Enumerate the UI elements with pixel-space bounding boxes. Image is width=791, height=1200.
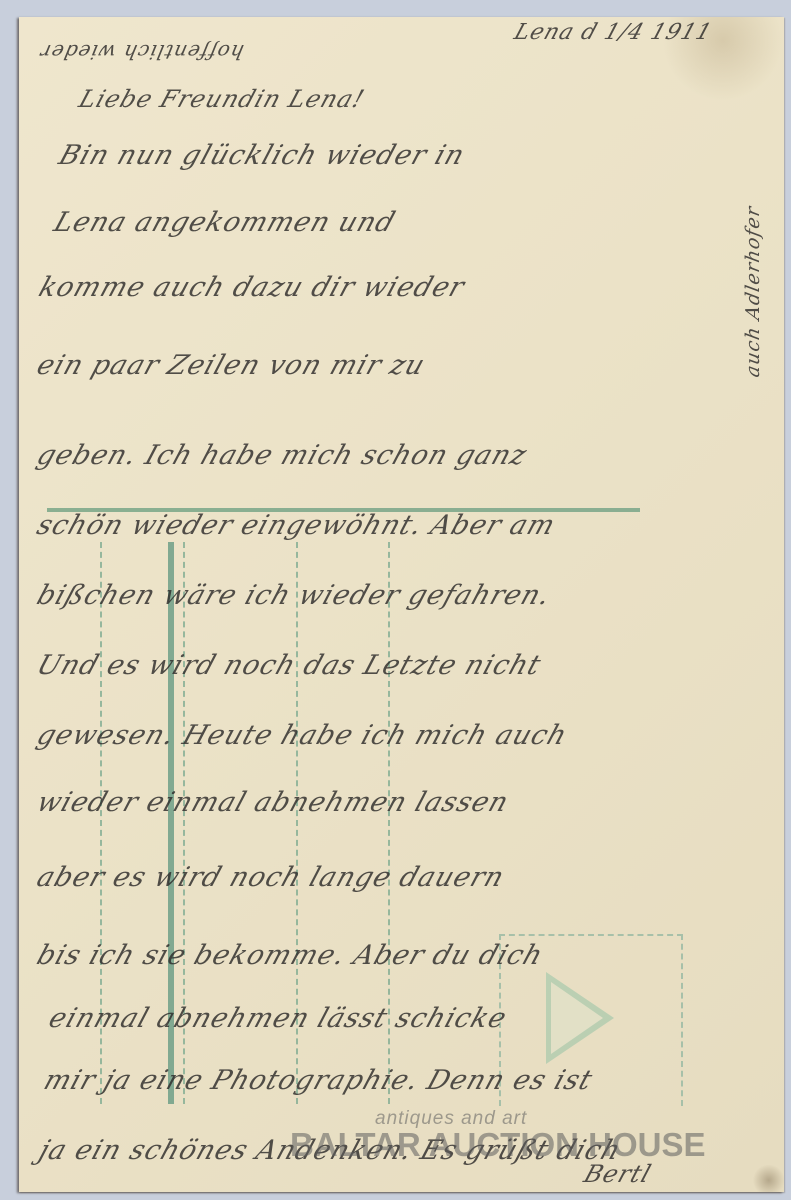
- auction-watermark: antiques and art BALTAR AUCTION HOUSE: [290, 1108, 706, 1164]
- letter-line: mir ja eine Photographie. Denn es ist: [40, 1065, 597, 1096]
- letter-line: ein paar Zeilen von mir zu: [33, 350, 429, 381]
- letter-line: komme auch dazu dir wieder: [35, 272, 469, 303]
- letter-line: Und es wird noch das Letzte nicht: [33, 650, 545, 681]
- letter-line: schön wieder eingewöhnt. Aber am: [33, 510, 560, 541]
- upside-down-note: hoffentlich wieder: [37, 40, 245, 64]
- letter-line: bißchen wäre ich wieder gefahren.: [33, 580, 555, 611]
- signature: Bertl: [580, 1160, 655, 1188]
- salutation: Liebe Freundin Lena!: [75, 85, 368, 113]
- letter-line: bis ich sie bekomme. Aber du dich: [33, 940, 547, 971]
- letter-line: einmal abnehmen lässt schicke: [45, 1003, 511, 1034]
- margin-note: auch Adlerhofer: [742, 204, 764, 379]
- letter-line: wieder einmal abnehmen lassen: [33, 787, 513, 818]
- letter-line: aber es wird noch lange dauern: [33, 862, 509, 893]
- triangle-stamp-inner: [551, 982, 603, 1054]
- watermark-name: BALTAR AUCTION HOUSE: [290, 1126, 706, 1164]
- letter-line: geben. Ich habe mich schon ganz: [33, 440, 531, 471]
- letter-line: Bin nun glücklich wieder in: [55, 140, 469, 171]
- place-date: Lena d 1/4 1911: [511, 20, 715, 45]
- letter-line: Lena angekommen und: [50, 207, 400, 238]
- letter-line: gewesen. Heute habe ich mich auch: [33, 720, 572, 751]
